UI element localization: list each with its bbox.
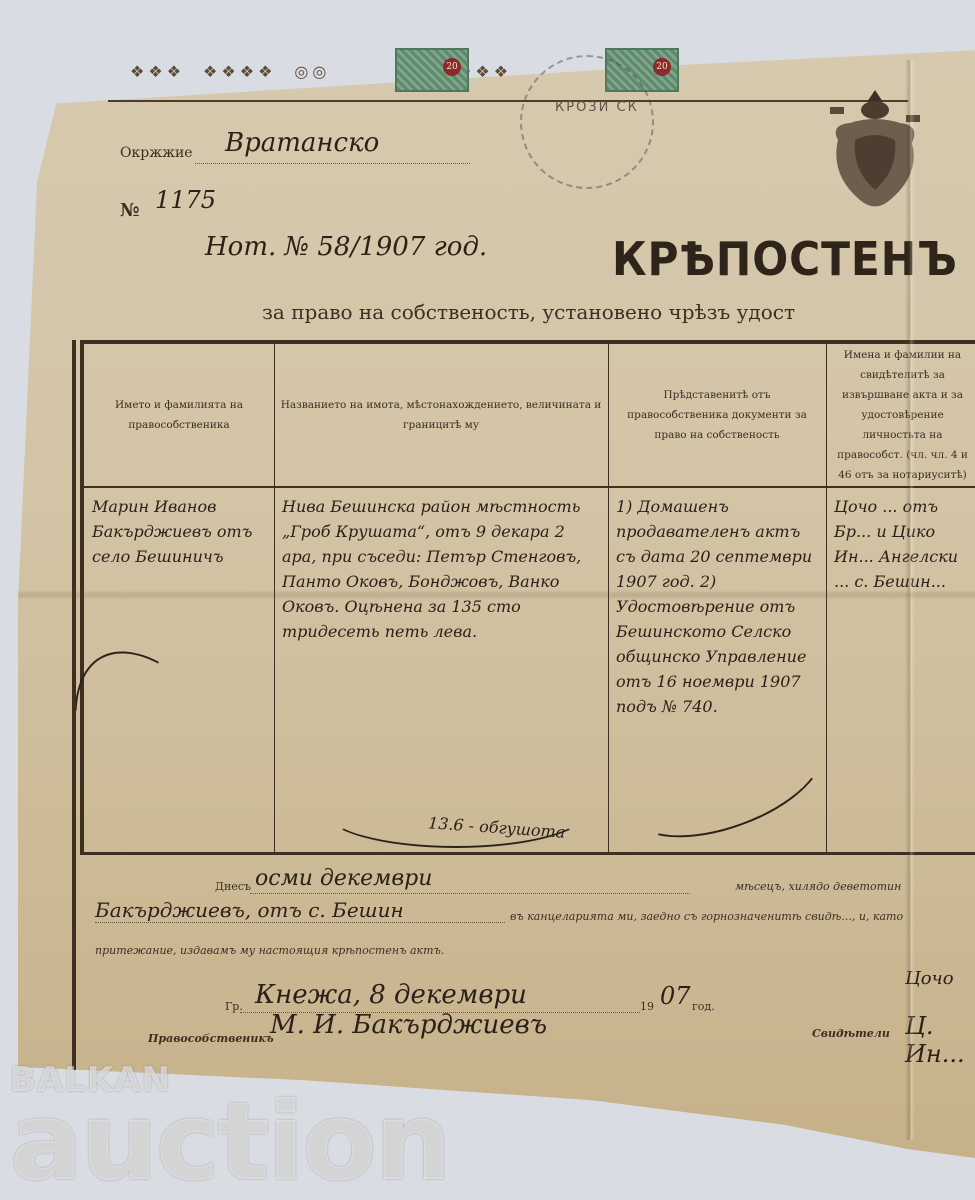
column-header-property: Названието на имота, мѣстонахождението, … <box>274 344 608 486</box>
office-text: въ канцеларията ми, заедно съ горнозначе… <box>510 910 903 923</box>
year-suffix: год. <box>692 1000 715 1013</box>
cell-property: Нива Бешинска район мѣстность „Гроб Круш… <box>274 494 608 644</box>
cell-witnesses: Цочо ... отъ Бр... и Цико Ин... Ангелски… <box>826 494 975 594</box>
owner-signature: М. И. Бакърджиевъ <box>270 1010 547 1040</box>
year-prefix: 19 <box>640 1000 654 1013</box>
number-label: № <box>120 200 140 221</box>
vertical-fold <box>905 60 915 1140</box>
top-rule <box>108 100 908 102</box>
seal-text: КРОЗИ СК <box>555 100 639 115</box>
dotted-line <box>250 893 690 894</box>
today-label: Днесъ <box>215 880 251 893</box>
district-label: Окржжие <box>120 145 193 161</box>
watermark-line2: auction <box>10 1080 450 1200</box>
horizontal-fold <box>18 590 975 600</box>
cell-documents: 1) Домашенъ продавателенъ актъ съ дата 2… <box>608 494 826 719</box>
document-subtitle: за право на собственость, установено чрѣ… <box>262 300 795 324</box>
district-value: Вратанско <box>225 128 379 158</box>
number-value: 1175 <box>155 186 216 214</box>
revenue-stamp: 20 <box>395 48 469 92</box>
cell-owner: Марин Иванов Бакърджиевъ отъ село Бешини… <box>84 494 274 569</box>
header-row-divider <box>84 486 975 488</box>
owner-label: Правособственикъ <box>148 1032 274 1045</box>
year-value: 07 <box>660 982 691 1010</box>
left-margin-rule <box>72 340 76 1070</box>
month-text: мѣсецъ, хилядо деветотин <box>735 880 901 893</box>
notary-reference: Нот. № 58/1907 год. <box>205 232 487 262</box>
dotted-line <box>95 922 505 923</box>
cancellation-seal <box>520 55 654 189</box>
place-date: Кнежа, 8 декември <box>255 980 527 1010</box>
district-dotted-line <box>195 163 470 164</box>
column-header-witnesses: Имена и фамилии на свидѣтелитѣ за извърш… <box>826 344 975 486</box>
today-value: осми декември <box>255 866 432 891</box>
closing-text: притежание, издавамъ му настоящия крѣпос… <box>95 944 444 957</box>
witnesses-label: Свидѣтели <box>812 1027 890 1040</box>
witness-signature: Ц. Ин... <box>905 1012 975 1068</box>
column-header-documents: Прѣдставенитѣ отъ правособственика докум… <box>608 344 826 486</box>
owner-name-line: Бакърджиевъ, отъ с. Бешин <box>95 898 404 922</box>
top-ornament-border: ❖❖❖❖❖❖❖◎◎❖❖❖❖❖ <box>130 60 890 82</box>
column-header-owner: Името и фамилията на правособственика <box>84 344 274 486</box>
